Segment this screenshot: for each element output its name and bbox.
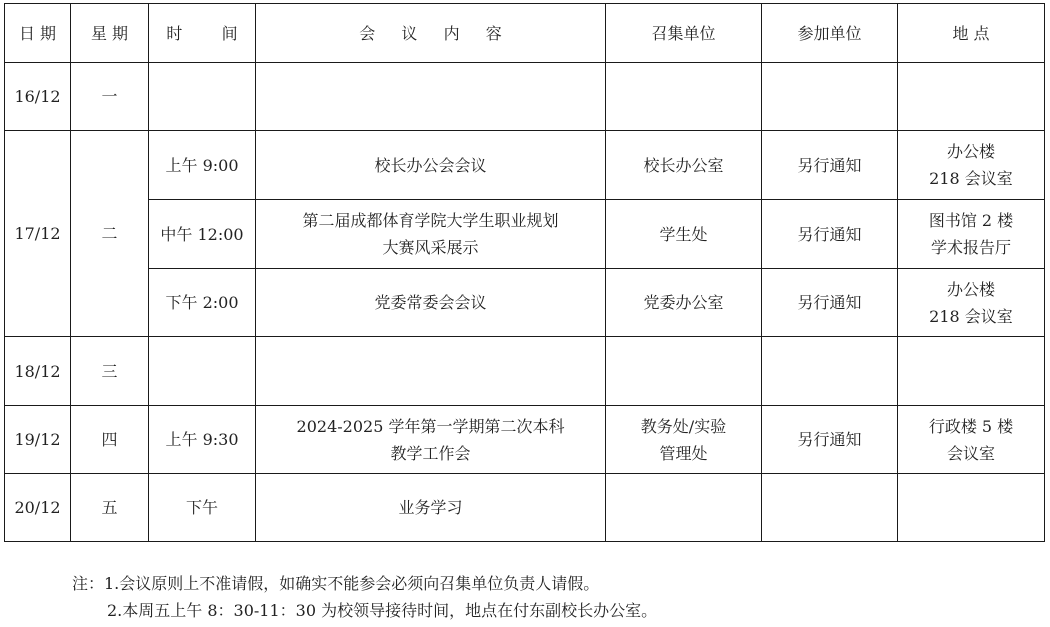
table-row: 下午 2:00 党委常委会会议 党委办公室 另行通知 办公楼 218 会议室 [5, 269, 1045, 337]
time-cell [149, 337, 256, 406]
convener-cell [606, 63, 762, 131]
time-cell: 中午 12:00 [149, 200, 256, 269]
convener-cell: 教务处/实验 管理处 [606, 406, 762, 474]
participants-cell: 另行通知 [762, 406, 898, 474]
convener-cell: 学生处 [606, 200, 762, 269]
header-date: 日 期 [5, 4, 71, 63]
participants-cell [762, 337, 898, 406]
header-row: 日 期 星 期 时 间 会 议 内 容 召集单位 参加单位 地 点 [5, 4, 1045, 63]
convener-cell: 校长办公室 [606, 131, 762, 200]
participants-cell: 另行通知 [762, 269, 898, 337]
time-cell: 上午 9:30 [149, 406, 256, 474]
location-cell: 行政楼 5 楼 会议室 [898, 406, 1045, 474]
convener-cell [606, 474, 762, 542]
time-cell [149, 63, 256, 131]
participants-cell: 另行通知 [762, 200, 898, 269]
weekday-cell: 四 [71, 406, 149, 474]
content-cell [256, 337, 606, 406]
participants-cell [762, 63, 898, 131]
convener-cell [606, 337, 762, 406]
location-cell: 图书馆 2 楼 学术报告厅 [898, 200, 1045, 269]
time-cell: 下午 2:00 [149, 269, 256, 337]
date-cell: 17/12 [5, 131, 71, 337]
convener-cell: 党委办公室 [606, 269, 762, 337]
header-weekday: 星 期 [71, 4, 149, 63]
note-1: 注：1.会议原则上不准请假，如确实不能参会必须向召集单位负责人请假。 [72, 570, 657, 597]
table-row: 中午 12:00 第二届成都体育学院大学生职业规划 大赛风采展示 学生处 另行通… [5, 200, 1045, 269]
content-cell: 校长办公会会议 [256, 131, 606, 200]
content-cell: 业务学习 [256, 474, 606, 542]
date-cell: 19/12 [5, 406, 71, 474]
content-cell: 党委常委会会议 [256, 269, 606, 337]
table-row: 20/12 五 下午 业务学习 [5, 474, 1045, 542]
header-convener: 召集单位 [606, 4, 762, 63]
header-location: 地 点 [898, 4, 1045, 63]
content-cell: 2024-2025 学年第一学期第二次本科 教学工作会 [256, 406, 606, 474]
header-participants: 参加单位 [762, 4, 898, 63]
weekday-cell: 五 [71, 474, 149, 542]
header-content: 会 议 内 容 [256, 4, 606, 63]
note-2: 2.本周五上午 8：30-11：30 为校领导接待时间，地点在付东副校长办公室。 [72, 597, 657, 624]
location-cell [898, 63, 1045, 131]
meeting-schedule-table: 日 期 星 期 时 间 会 议 内 容 召集单位 参加单位 地 点 16/12 … [4, 3, 1045, 542]
table-row: 18/12 三 [5, 337, 1045, 406]
header-time: 时 间 [149, 4, 256, 63]
content-cell [256, 63, 606, 131]
notes-section: 注：1.会议原则上不准请假，如确实不能参会必须向召集单位负责人请假。 2.本周五… [72, 570, 657, 624]
time-cell: 上午 9:00 [149, 131, 256, 200]
weekday-cell: 二 [71, 131, 149, 337]
weekday-cell: 一 [71, 63, 149, 131]
date-cell: 16/12 [5, 63, 71, 131]
table-row: 19/12 四 上午 9:30 2024-2025 学年第一学期第二次本科 教学… [5, 406, 1045, 474]
date-cell: 18/12 [5, 337, 71, 406]
location-cell [898, 474, 1045, 542]
location-cell [898, 337, 1045, 406]
participants-cell: 另行通知 [762, 131, 898, 200]
weekday-cell: 三 [71, 337, 149, 406]
time-cell: 下午 [149, 474, 256, 542]
content-cell: 第二届成都体育学院大学生职业规划 大赛风采展示 [256, 200, 606, 269]
location-cell: 办公楼 218 会议室 [898, 269, 1045, 337]
location-cell: 办公楼 218 会议室 [898, 131, 1045, 200]
table-row: 16/12 一 [5, 63, 1045, 131]
participants-cell [762, 474, 898, 542]
date-cell: 20/12 [5, 474, 71, 542]
table-row: 17/12 二 上午 9:00 校长办公会会议 校长办公室 另行通知 办公楼 2… [5, 131, 1045, 200]
